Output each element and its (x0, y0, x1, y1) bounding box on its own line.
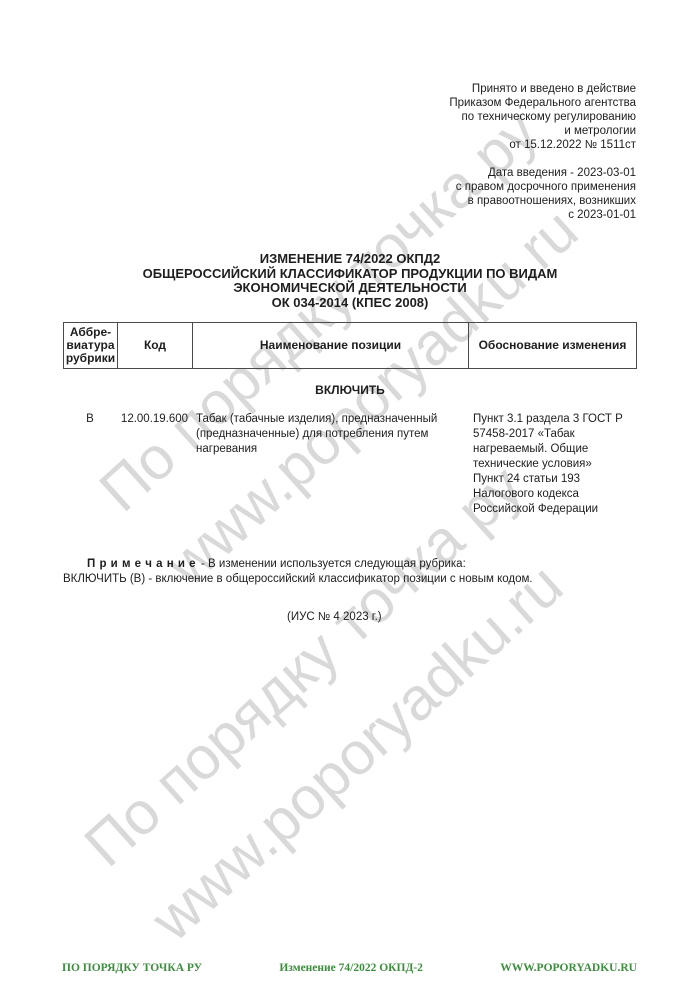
table-header-row: Аббре- виатура рубрики Код Наименование … (63, 322, 637, 369)
document-title: ИЗМЕНЕНИЕ 74/2022 ОКПД2 ОБЩЕРОССИЙСКИЙ К… (0, 252, 700, 311)
section-include-label: ВКЛЮЧИТЬ (63, 383, 637, 397)
page-footer: ПО ПОРЯДКУ ТОЧКА РУ Изменение 74/2022 ОК… (62, 962, 637, 974)
title-line: ОБЩЕРОССИЙСКИЙ КЛАССИФИКАТОР ПРОДУКЦИИ П… (0, 267, 700, 282)
column-header-name: Наименование позиции (193, 323, 469, 368)
document-page: По порядку точка ру www.poporyadku.ru По… (0, 0, 700, 990)
ius-reference: (ИУС № 4 2023 г.) (287, 611, 382, 623)
cell-name: Табак (табачные изделия), предназначенны… (192, 412, 468, 517)
column-header-code: Код (118, 323, 193, 368)
effective-date-line: Дата введения - 2023-03-01 (456, 166, 636, 180)
footer-document-name: Изменение 74/2022 ОКПД-2 (279, 962, 423, 974)
note-line-1: П р и м е ч а н и е- В изменении использ… (63, 557, 628, 572)
acceptance-line: Приказом Федерального агентства (449, 96, 636, 110)
title-line: ОК 034-2014 (КПЕС 2008) (0, 296, 700, 311)
acceptance-line: и метрологии (449, 124, 636, 138)
column-header-abbr: Аббре- виатура рубрики (64, 323, 118, 368)
acceptance-line: Принято и введено в действие (449, 82, 636, 96)
effective-date-line: в правоотношениях, возникших (456, 194, 636, 208)
footer-site-url: WWW.POPORYADKU.RU (500, 962, 637, 974)
effective-date-line: с правом досрочного применения (456, 180, 636, 194)
acceptance-line: по техническому регулированию (449, 110, 636, 124)
note-paragraph: П р и м е ч а н и е- В изменении использ… (63, 557, 628, 586)
effective-date-note: Дата введения - 2023-03-01 с правом доср… (456, 166, 636, 222)
cell-justification: Пункт 3.1 раздела 3 ГОСТ Р 57458-2017 «Т… (468, 412, 637, 517)
note-label: П р и м е ч а н и е (87, 558, 196, 570)
note-line-2: ВКЛЮЧИТЬ (В) - включение в общероссийски… (63, 572, 628, 587)
cell-code: 12.00.19.600 (117, 412, 192, 517)
effective-date-line: с 2023-01-01 (456, 208, 636, 222)
column-header-justification: Обоснование изменения (469, 323, 636, 368)
footer-site-name: ПО ПОРЯДКУ ТОЧКА РУ (62, 962, 202, 974)
table-row: В 12.00.19.600 Табак (табачные изделия),… (63, 412, 637, 517)
cell-abbr: В (63, 412, 117, 517)
acceptance-line: от 15.12.2022 № 1511ст (449, 138, 636, 152)
acceptance-note: Принято и введено в действие Приказом Фе… (449, 82, 636, 152)
note-text: - В изменении используется следующая руб… (201, 558, 466, 570)
title-line: ЭКОНОМИЧЕСКОЙ ДЕЯТЕЛЬНОСТИ (0, 281, 700, 296)
title-line: ИЗМЕНЕНИЕ 74/2022 ОКПД2 (0, 252, 700, 267)
